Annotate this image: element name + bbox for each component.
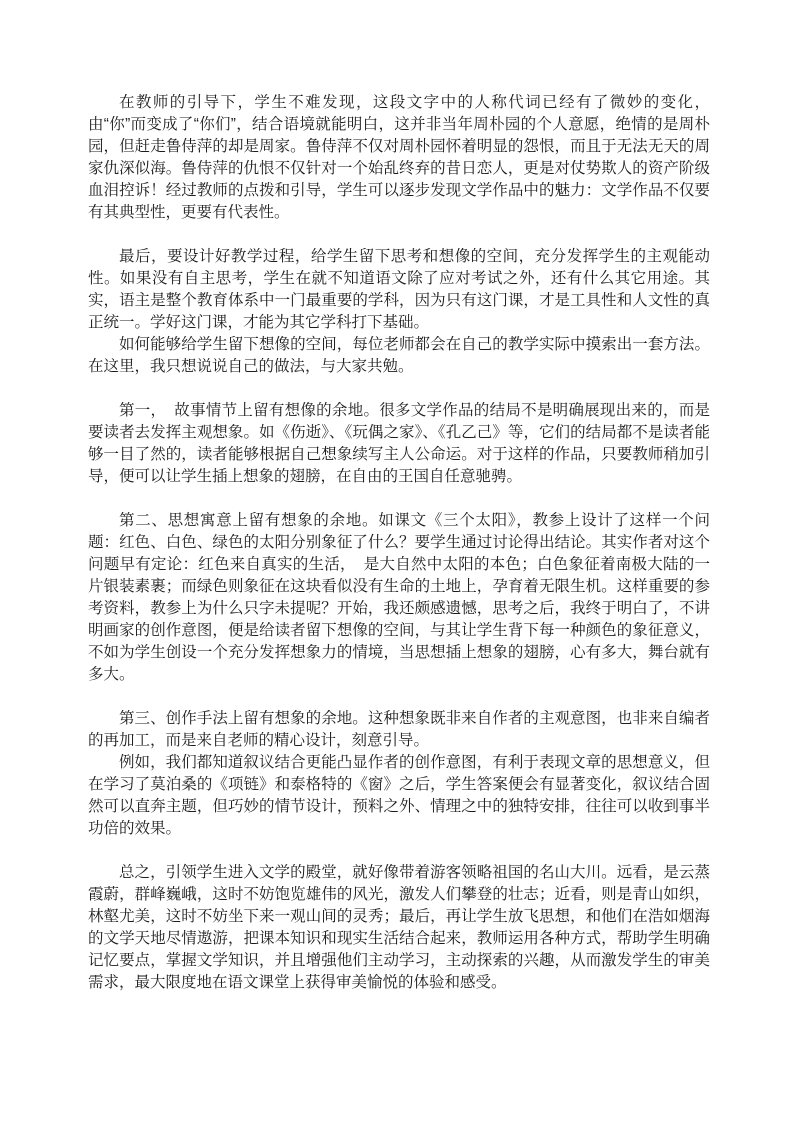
document-body: 在教师的引导下，学生不难发现，这段文字中的人称代词已经有了微妙的变化，由“你”而… [88, 92, 710, 994]
paragraph-6: 第三、创作手法上留有想象的余地。这种想象既非来自作者的主观意图，也非来自编者的再… [88, 708, 710, 752]
paragraph-4: 第一， 故事情节上留有想像的余地。很多文学作品的结局不是明确展现出来的，而是要读… [88, 400, 710, 488]
paragraph-5: 第二、思想寓意上留有想象的余地。如课文《三个太阳》，教参上设计了这样一个问题：红… [88, 510, 710, 686]
paragraph-2: 最后，要设计好教学过程，给学生留下思考和想像的空间，充分发挥学生的主观能动性。如… [88, 246, 710, 334]
paragraph-1: 在教师的引导下，学生不难发现，这段文字中的人称代词已经有了微妙的变化，由“你”而… [88, 92, 710, 224]
document-page: 在教师的引导下，学生不难发现，这段文字中的人称代词已经有了微妙的变化，由“你”而… [0, 0, 794, 1123]
paragraph-8: 总之，引领学生进入文学的殿堂，就好像带着游客领略祖国的名山大川。远看，是云蒸霞蔚… [88, 862, 710, 994]
paragraph-7: 例如，我们都知道叙议结合更能凸显作者的创作意图，有利于表现文章的思想意义，但在学… [88, 752, 710, 840]
paragraph-3: 如何能够给学生留下想像的空间，每位老师都会在自己的教学实际中摸索出一套方法。在这… [88, 334, 710, 378]
